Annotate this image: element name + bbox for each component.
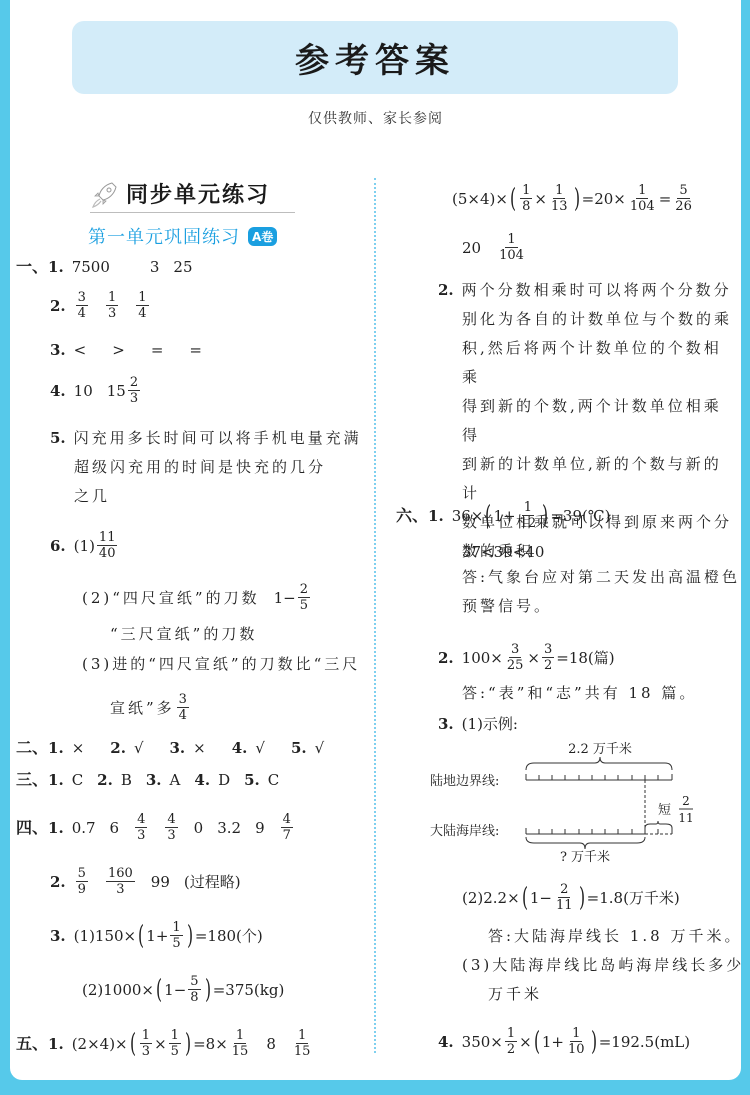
answer-1-6-2b: “三尺宣纸”的刀数 [110,624,257,644]
answer-1-5: 5.闪充用多长时间可以将手机电量充满 超级闪充用的时间是快充的几分 之几 [50,424,370,511]
fraction: 1104 [497,232,526,263]
answer-6-3-1: 3. (1)示例: [438,714,518,734]
rocket-icon [90,179,120,209]
answer-6-3-3: (3)大陆海岸线比岛屿海岸线长多少 万千米 [462,951,750,1009]
fraction: 14 [136,290,148,321]
fraction: 1603 [106,866,135,897]
fraction: 32 [542,642,554,673]
answer-4-1: 四、 1. 0.7 6 43 43 0 3.2 9 47 [16,812,295,843]
header-band: 参考答案 [72,21,678,94]
answer-4-2: 2. 59 1603 99 (过程略) [50,866,241,897]
answer-4-3-2: (2)1000×(1− 58) =375(kg) [82,974,284,1005]
fraction: 115 [292,1028,313,1059]
fraction: 47 [281,812,293,843]
fraction: 115 [230,1028,251,1059]
svg-text:2.2 万千米: 2.2 万千米 [568,741,632,757]
answer-1-6-3b: 宣纸”多 34 [110,692,191,723]
fraction: 15 [169,1028,181,1059]
section-heading: 同步单元练习 [90,175,295,213]
answer-1-3: 3. < > = = [50,340,202,360]
answer-6-3-2-conclusion: 答:大陆海岸线长 1.8 万千米。 [488,926,742,946]
fraction: 15 [170,920,182,951]
volume-badge: A卷 [248,227,277,246]
fraction: 13 [140,1028,152,1059]
fraction: 1140 [97,530,118,561]
answer-1-6-2: (2)“四尺宣纸”的刀数 1− 25 [82,582,312,613]
svg-text:大陆海岸线:: 大陆海岸线: [430,823,499,839]
svg-text:2: 2 [682,794,690,808]
fraction: 113 [549,183,570,214]
answer-3: 三、 1.C 2.B 3.A 4.D 5.C [16,770,279,790]
answer-6-2-conclusion: 答:“表”和“志”共有 18 篇。 [462,683,697,703]
page-subtitle: 仅供教师、家长参阅 [10,108,741,128]
fraction: 18 [520,183,532,214]
section-title: 同步单元练习 [126,178,270,209]
answer-page: 参考答案 仅供教师、家长参阅 同步单元练习 第一单元巩固练习 A卷 一、 1. … [10,0,741,1080]
line-segment-diagram: 陆地边界线: 大陆海岸线: 2.2 万千米 短 2 11 [430,738,730,863]
fraction: 12 [505,1026,517,1057]
fraction: 58 [188,974,200,1005]
fraction: 1104 [628,183,657,214]
answer-5-1-result: 20 1104 [462,232,528,263]
fraction: 34 [76,290,88,321]
fraction: 110 [566,1026,587,1057]
unit-title: 第一单元巩固练习 [88,223,240,249]
answer-5-1-cont: (5×4)×( 18 × 113) =20× 1104 = 526 [452,183,696,214]
answer-2: 二、 1.× 2.√ 3.× 4.√ 5.√ [16,738,324,758]
answer-4-3-1: 3. (1)150×(1+ 15) =180(个) [50,920,263,951]
svg-text:短: 短 [658,803,671,818]
segment-diagram-graphic: 陆地边界线: 大陆海岸线: 2.2 万千米 短 2 11 [430,738,730,863]
fraction: 526 [673,183,694,214]
answer-1-6-1: 6. (1) 1140 [50,530,119,561]
answer-5-1: 五、 1. (2×4)×( 13 × 15) =8× 115 8 115 [16,1028,314,1059]
column-divider [374,178,376,1053]
fraction: 211 [554,882,575,913]
svg-text:? 万千米: ? 万千米 [560,849,610,863]
answer-6-3-2: (2)2.2×(1− 211) =1.8(万千米) [462,882,680,913]
answer-6-2: 2. 100× 325 × 32 =18(篇) [438,642,615,673]
answer-6-1: 六、 1. 36×(1+ 112) =39(℃) [396,500,610,531]
fraction: 59 [76,866,88,897]
unit-heading: 第一单元巩固练习 A卷 [88,223,277,249]
answer-6-4: 4. 350× 12 ×(1+ 110) =192.5(mL) [438,1026,690,1057]
fraction: 25 [298,582,310,613]
svg-text:陆地边界线:: 陆地边界线: [430,773,499,789]
fraction: 43 [165,812,177,843]
fraction: 34 [177,692,189,723]
answer-1-2: 2. 34 13 14 [50,290,151,321]
fraction: 112 [518,500,539,531]
fraction: 23 [128,375,140,406]
answer-1-6-3: (3)进的“四尺宣纸”的刀数比“三尺 [82,654,360,674]
page-title: 参考答案 [295,33,455,82]
answer-1-4: 4. 10 15 23 [50,375,142,406]
fraction: 13 [106,290,118,321]
fraction: 43 [135,812,147,843]
answer-6-1-compare: 37<39<40 [462,542,544,562]
answer-6-1-conclusion: 答:气象台应对第二天发出高温橙色 预警信号。 [462,563,742,621]
answer-1-1: 一、 1. 7500 3 25 [16,257,193,277]
fraction: 325 [505,642,526,673]
svg-text:11: 11 [678,811,693,825]
